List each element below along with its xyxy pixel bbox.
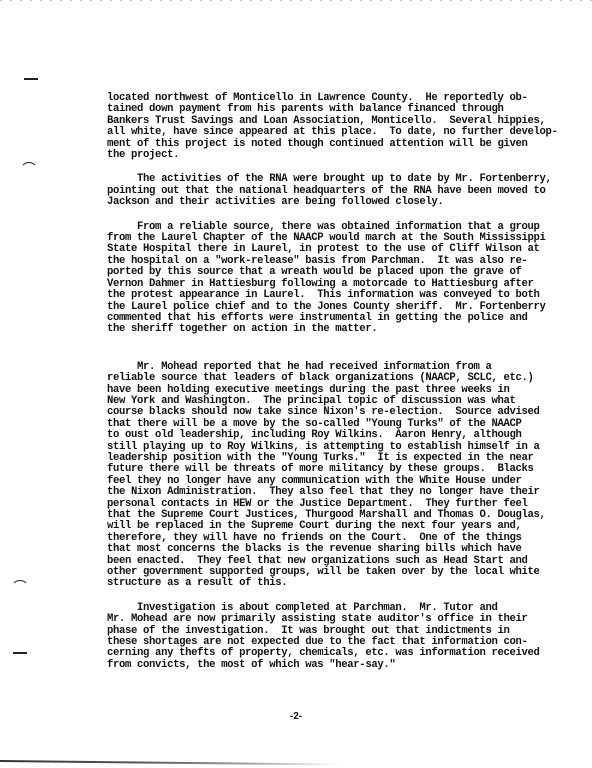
paragraph-parchman-investigation: Investigation is about completed at Parc…: [107, 603, 565, 671]
text-line: the sheriff together on action in the ma…: [107, 324, 565, 335]
paragraph-property-report: located northwest of Monticello in Lawre…: [107, 93, 565, 161]
page-bottom-edge: [0, 760, 340, 766]
text-line: from convicts, the most of which was "he…: [107, 660, 565, 671]
text-line: Mr. Mohead are now primarily assisting s…: [107, 614, 565, 625]
text-line: to oust old leadership, including Roy Wi…: [107, 430, 565, 441]
binding-arc-mark-lower: [11, 580, 29, 598]
paragraph-rna-activities: The activities of the RNA were brought u…: [107, 174, 565, 208]
paragraph-laurel-naacp: From a reliable source, there was obtain…: [107, 222, 565, 336]
hole-punch-mark-bottom: [13, 652, 27, 654]
text-line: reliable source that leaders of black or…: [107, 373, 565, 384]
text-line: ported by this source that a wreath woul…: [107, 267, 565, 278]
page-number: -2-: [0, 711, 592, 722]
text-line: all white, have since appeared at this p…: [107, 127, 565, 138]
text-line: the project.: [107, 150, 565, 161]
text-line: structure as a result of this.: [107, 578, 565, 589]
text-line: Jackson and their activities are being f…: [107, 197, 565, 208]
document-body: located northwest of Monticello in Lawre…: [107, 93, 565, 684]
paragraph-mohead-report: Mr. Mohead reported that he had received…: [107, 362, 565, 590]
binding-arc-mark-upper: [20, 162, 38, 180]
text-line: the Nixon Administration. They also feel…: [107, 487, 565, 498]
page-top-edge: [0, 0, 592, 1]
text-line: that most concerns the blacks is the rev…: [107, 544, 565, 555]
hole-punch-mark-top: [24, 78, 38, 80]
text-line: the protest appearance in Laurel. This i…: [107, 290, 565, 301]
